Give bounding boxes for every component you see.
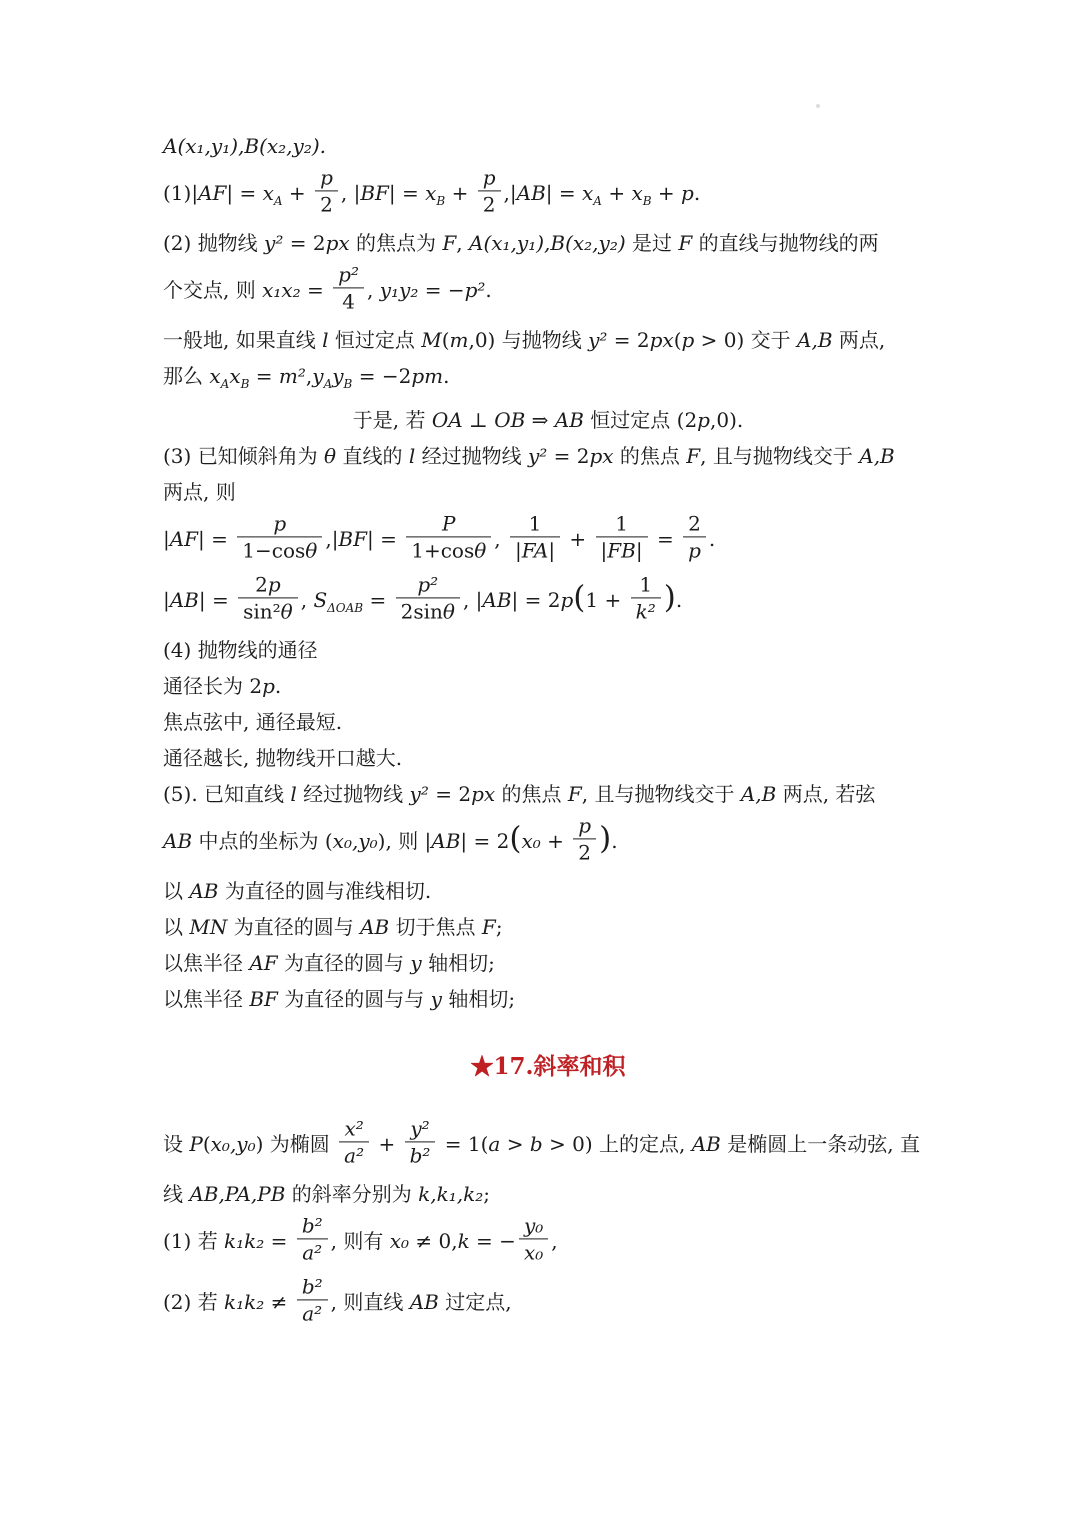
math-run: ,: [456, 231, 469, 255]
big-parenthesis: (: [573, 585, 585, 611]
math-run: +: [563, 527, 592, 551]
text-run: 若: [198, 1229, 224, 1253]
math-run: > 0): [694, 328, 744, 352]
math-run: (: [325, 829, 333, 853]
math-run: |AB|: [476, 588, 519, 612]
text-run: 过定点,: [439, 1290, 512, 1314]
text-run: 以焦半径: [163, 951, 249, 975]
math-run: k₁k₂: [224, 1290, 264, 1314]
subscript: A: [593, 194, 602, 208]
fraction-denominator: |FA|: [510, 537, 560, 562]
math-run: =: [553, 181, 582, 205]
text-line: (5). 已知直线 l 经过抛物线 y² = 2px 的焦点 F, 且与抛物线交…: [163, 781, 933, 807]
text-run: 两点, 若弦: [776, 782, 875, 806]
text-line: (4) 抛物线的通径: [163, 637, 933, 663]
text-run: 的焦点: [495, 782, 568, 806]
text-run: 个交点, 则: [163, 278, 262, 302]
math-run: .: [694, 181, 700, 205]
math-run: ,: [494, 527, 507, 551]
subscript: A: [324, 377, 333, 391]
math-run: ,0).: [710, 408, 743, 432]
text-run: 上的定点,: [593, 1132, 692, 1156]
math-run: |AB|: [510, 181, 553, 205]
math-run: A,B: [859, 444, 895, 468]
math-run: 1: [529, 511, 542, 535]
math-run: 2: [255, 572, 268, 596]
fraction-denominator: 2: [315, 191, 338, 216]
math-run: 2: [320, 192, 333, 216]
fraction: p2: [478, 165, 501, 216]
math-run: 2: [688, 511, 701, 535]
subscript: A: [274, 194, 283, 208]
math-run: p: [688, 538, 701, 562]
math-run: =: [651, 527, 680, 551]
math-run: y: [410, 951, 421, 975]
math-run: a²: [302, 1301, 322, 1325]
math-run: = 2: [429, 782, 471, 806]
math-run: p: [697, 408, 710, 432]
page-artifact-dot: [816, 104, 820, 108]
math-run: +: [602, 181, 631, 205]
math-run: (1): [163, 181, 191, 205]
math-run: .: [443, 364, 449, 388]
math-run: =: [205, 527, 234, 551]
math-run: k²: [636, 599, 656, 623]
fraction: p2: [315, 165, 338, 216]
text-run: 为直径的圆与: [278, 951, 411, 975]
text-line: (2) 若 k₁k₂ ≠ b²a², 则直线 AB 过定点,: [163, 1278, 933, 1329]
math-run: (5).: [163, 782, 204, 806]
math-run: = 2: [283, 231, 325, 255]
math-run: b²: [410, 1143, 431, 1167]
math-run: sin²: [243, 599, 281, 623]
math-run: .: [611, 829, 617, 853]
fraction: p2: [573, 813, 596, 864]
text-run: 中点的坐标为: [192, 829, 325, 853]
math-run: 1 +: [585, 588, 627, 612]
fraction-numerator: p: [237, 511, 322, 537]
math-run: MN: [189, 915, 227, 939]
fraction-numerator: P: [406, 511, 491, 537]
math-run: A,B: [741, 782, 777, 806]
math-run: x: [425, 181, 436, 205]
math-run: x₀,y₀: [211, 1132, 256, 1156]
math-run: x²: [344, 1116, 363, 1140]
math-run: x: [631, 181, 642, 205]
fraction-denominator: a²: [297, 1239, 328, 1264]
math-run: m: [450, 328, 469, 352]
math-run: p²: [338, 262, 359, 286]
text-line: |AF| = p1−cosθ,|BF| = P1+cosθ, 1|FA| + 1…: [163, 515, 933, 566]
math-run: p: [578, 813, 591, 837]
math-run: = 1(: [438, 1132, 488, 1156]
math-run: = −2: [352, 364, 411, 388]
text-run: 焦点弦中, 通径最短.: [163, 710, 342, 734]
text-line: 以焦半径 BF 为直径的圆与与 y 轴相切;: [163, 986, 933, 1012]
math-run: (1): [163, 1229, 198, 1253]
math-run: ,: [341, 181, 354, 205]
math-run: 2sin: [401, 599, 443, 623]
math-run: p: [273, 511, 286, 535]
text-line: 线 AB,PA,PB 的斜率分别为 k,k₁,k₂;: [163, 1181, 933, 1207]
text-run: 一般地, 如果直线: [163, 328, 322, 352]
math-run: AB: [163, 829, 192, 853]
math-run: px: [589, 444, 613, 468]
math-run: y²: [264, 231, 283, 255]
math-run: A(x₁,y₁),B(x₂,y₂).: [163, 134, 326, 158]
math-run: 1: [639, 572, 652, 596]
big-parenthesis: ): [664, 585, 676, 611]
math-run: = −: [470, 1229, 516, 1253]
fraction: b²a²: [297, 1274, 328, 1325]
math-run: ,: [551, 1229, 557, 1253]
math-run: x: [229, 364, 240, 388]
fraction-numerator: b²: [297, 1213, 328, 1239]
math-run: =: [301, 278, 330, 302]
text-line: AB 中点的坐标为 (x₀,y₀), 则 |AB| = 2(x₀ + p2).: [163, 817, 933, 868]
text-run: 交于: [744, 328, 797, 352]
text-run: 已知倾斜角为: [198, 444, 324, 468]
math-run: (2: [677, 408, 698, 432]
text-line: 以焦半径 AF 为直径的圆与 y 轴相切;: [163, 950, 933, 976]
fraction: p²2sinθ: [396, 572, 460, 623]
math-run: θ: [305, 538, 317, 562]
math-run: ,: [367, 278, 380, 302]
fraction: x²a²: [339, 1116, 369, 1167]
math-run: (: [203, 1132, 211, 1156]
math-run: .: [676, 588, 682, 612]
math-run: A(x₁,y₁),B(x₂,y₂): [469, 231, 626, 255]
math-run: ,: [331, 1229, 344, 1253]
subscript: B: [436, 194, 445, 208]
math-run: S: [313, 588, 327, 612]
fraction-denominator: 1−cosθ: [237, 537, 322, 562]
math-run: y²: [588, 328, 607, 352]
centered-formula-line: 于是, 若 OA ⊥ OB ⇒ AB 恒过定点 (2p,0).: [163, 407, 933, 433]
text-run: 抛物线的通径: [198, 638, 318, 662]
math-run: AB: [360, 915, 389, 939]
text-run: 设: [163, 1132, 189, 1156]
big-parenthesis: (: [509, 826, 521, 852]
math-run: (2): [163, 1290, 198, 1314]
math-run: ,: [700, 444, 713, 468]
fraction-numerator: 2p: [238, 572, 298, 598]
math-run: a²: [302, 1240, 322, 1264]
math-run: =: [206, 588, 235, 612]
text-run: 则直线: [343, 1290, 409, 1314]
math-run: ⇒: [525, 408, 554, 432]
math-run: 2: [578, 840, 591, 864]
math-run: x: [209, 364, 220, 388]
text-run: 两点, 则: [163, 480, 236, 504]
text-run: 两点,: [833, 328, 886, 352]
math-run: p: [483, 165, 496, 189]
math-run: a²: [344, 1143, 364, 1167]
math-run: ,0): [468, 328, 495, 352]
math-run: = 2: [547, 444, 589, 468]
subscript: ΔOAB: [327, 601, 363, 615]
math-run: k,k₁,k₂: [418, 1182, 483, 1206]
text-line: A(x₁,y₁),B(x₂,y₂).: [163, 133, 933, 159]
math-run: b²: [302, 1274, 323, 1298]
fraction-numerator: y²: [405, 1116, 436, 1142]
text-run: 为椭圆: [270, 1132, 336, 1156]
fraction: 1|FA|: [510, 511, 560, 562]
fraction-numerator: p: [478, 165, 501, 191]
text-run: 是椭圆上一条动弦, 直: [721, 1132, 920, 1156]
text-run: 经过抛物线: [297, 782, 410, 806]
math-run: x₁x₂: [262, 278, 301, 302]
math-run: b²: [302, 1213, 323, 1237]
math-run: A,B: [797, 328, 833, 352]
text-run: 则有: [343, 1229, 389, 1253]
fraction-denominator: a²: [297, 1300, 328, 1325]
text-line: 那么 xAxB = m²,yAyB = −2pm.: [163, 363, 933, 397]
text-run: 抛物线: [198, 231, 264, 255]
math-run: pm: [411, 364, 443, 388]
math-run: =: [396, 181, 425, 205]
fraction-numerator: x²: [339, 1116, 369, 1142]
document-content: A(x₁,y₁),B(x₂,y₂).(1)|AF| = xA + p2, |BF…: [163, 133, 933, 1339]
fraction-numerator: 1: [596, 511, 648, 537]
math-run: 1+cos: [411, 538, 474, 562]
math-run: BF: [249, 987, 278, 1011]
math-run: ,: [582, 782, 595, 806]
math-run: x: [582, 181, 593, 205]
text-run: 以: [163, 879, 189, 903]
math-run: =: [264, 1229, 293, 1253]
text-run: 已知直线: [204, 782, 290, 806]
math-run: +: [445, 181, 474, 205]
math-run: ;: [483, 1182, 490, 1206]
text-run: 的焦点: [614, 444, 687, 468]
document-page: A(x₁,y₁),B(x₂,y₂).(1)|AF| = xA + p2, |BF…: [0, 0, 1080, 1527]
fraction-denominator: b²: [405, 1142, 436, 1167]
text-line: 通径越长, 抛物线开口越大.: [163, 745, 933, 771]
math-run: p: [262, 674, 275, 698]
math-run: θ: [324, 444, 336, 468]
text-line: 通径长为 2p.: [163, 673, 933, 699]
math-run: |BF|: [354, 181, 396, 205]
text-run: 恒过定点: [328, 328, 421, 352]
math-run: θ: [443, 599, 455, 623]
text-run: 通径越长, 抛物线开口越大.: [163, 746, 402, 770]
math-run: F: [482, 915, 496, 939]
math-run: = 2: [467, 829, 509, 853]
math-run: =: [249, 364, 278, 388]
math-run: .: [275, 674, 281, 698]
text-run: 恒过定点: [584, 408, 677, 432]
math-run: p: [268, 572, 281, 596]
math-run: 1: [615, 511, 628, 535]
math-run: ),: [378, 829, 399, 853]
math-run: (4): [163, 638, 198, 662]
text-run: 那么: [163, 364, 209, 388]
fraction-denominator: 2sinθ: [396, 598, 460, 623]
math-run: P: [189, 1132, 202, 1156]
fraction-denominator: |FB|: [596, 537, 648, 562]
text-run: ★17.斜率和积: [470, 1053, 625, 1080]
fraction-numerator: 1: [510, 511, 560, 537]
fraction-denominator: sin²θ: [238, 598, 298, 623]
math-run: y²: [410, 782, 429, 806]
math-run: ≠: [264, 1290, 293, 1314]
fraction-denominator: a²: [339, 1142, 369, 1167]
math-run: M: [421, 328, 441, 352]
text-run: 若: [198, 1290, 224, 1314]
math-run: x₀: [524, 1240, 543, 1264]
math-run: b: [530, 1132, 543, 1156]
fraction-numerator: 2: [683, 511, 706, 537]
math-run: p²: [417, 572, 438, 596]
text-run: 经过抛物线: [415, 444, 528, 468]
math-run: |AB|: [163, 588, 206, 612]
math-run: y²: [528, 444, 547, 468]
text-run: 线: [163, 1182, 189, 1206]
math-run: AF: [249, 951, 277, 975]
math-run: AB: [692, 1132, 721, 1156]
text-run: 切于焦点: [389, 915, 482, 939]
fraction: 1|FB|: [596, 511, 648, 562]
math-run: |FB|: [601, 538, 643, 562]
fraction-denominator: 2: [573, 839, 596, 864]
fraction-numerator: 1: [631, 572, 661, 598]
math-run: AB: [189, 879, 218, 903]
math-run: ≠ 0,: [409, 1229, 458, 1253]
text-line: (2) 抛物线 y² = 2px 的焦点为 F, A(x₁,y₁),B(x₂,y…: [163, 230, 933, 256]
text-line: (1) 若 k₁k₂ = b²a², 则有 x₀ ≠ 0,k = −y₀x₀,: [163, 1217, 933, 1268]
math-run: F: [678, 231, 692, 255]
math-run: >: [500, 1132, 529, 1156]
math-run: ,: [301, 588, 314, 612]
math-run: (: [442, 328, 450, 352]
math-run: p²: [465, 278, 486, 302]
text-run: 与抛物线: [495, 328, 588, 352]
text-run: 直线的: [336, 444, 409, 468]
math-run: p: [682, 328, 695, 352]
math-run: 4: [342, 289, 355, 313]
math-run: = 2: [518, 588, 560, 612]
math-run: .: [485, 278, 491, 302]
text-run: 则: [398, 829, 424, 853]
math-run: =: [233, 181, 262, 205]
text-run: 以: [163, 915, 189, 939]
math-run: y₁y₂: [380, 278, 419, 302]
text-line: 一般地, 如果直线 l 恒过定点 M(m,0) 与抛物线 y² = 2px(p …: [163, 327, 933, 353]
math-run: k: [458, 1229, 470, 1253]
math-run: y: [312, 364, 323, 388]
text-line: 两点, 则: [163, 479, 933, 505]
math-run: y: [332, 364, 343, 388]
math-run: θ: [474, 538, 486, 562]
text-run: 的直线与抛物线的两: [692, 231, 878, 255]
math-run: AB,PA,PB: [189, 1182, 285, 1206]
fraction-denominator: 4: [333, 288, 364, 313]
math-run: |BF|: [332, 527, 374, 551]
math-run: ): [256, 1132, 270, 1156]
math-run: F: [568, 782, 582, 806]
math-run: 2: [483, 192, 496, 216]
math-run: AB: [555, 408, 584, 432]
math-run: θ: [281, 599, 293, 623]
math-run: +: [541, 829, 570, 853]
math-run: ;: [496, 915, 503, 939]
math-run: |AB|: [425, 829, 468, 853]
fraction: P1+cosθ: [406, 511, 491, 562]
fraction-denominator: 1+cosθ: [406, 537, 491, 562]
text-run: 轴相切;: [442, 987, 515, 1011]
fraction-denominator: 2: [478, 191, 501, 216]
math-run: px: [650, 328, 674, 352]
fraction-denominator: x₀: [519, 1239, 548, 1264]
text-line: 焦点弦中, 通径最短.: [163, 709, 933, 735]
text-run: 为直径的圆与准线相切.: [219, 879, 432, 903]
text-line: (3) 已知倾斜角为 θ 直线的 l 经过抛物线 y² = 2px 的焦点 F,…: [163, 443, 933, 469]
math-run: ,: [463, 588, 476, 612]
math-run: px: [471, 782, 495, 806]
text-run: 为直径的圆与: [227, 915, 360, 939]
text-line: 以 MN 为直径的圆与 AB 切于焦点 F;: [163, 914, 933, 940]
math-run: P: [442, 511, 455, 535]
math-run: (: [674, 328, 682, 352]
text-line: 个交点, 则 x₁x₂ = p²4, y₁y₂ = −p².: [163, 266, 933, 317]
text-run: 为直径的圆与与: [278, 987, 431, 1011]
section-heading: ★17.斜率和积: [163, 1054, 933, 1080]
text-line: 以 AB 为直径的圆与准线相切.: [163, 878, 933, 904]
math-run: =: [363, 588, 392, 612]
math-run: .: [709, 527, 715, 551]
math-run: ⊥: [463, 408, 495, 432]
fraction-numerator: b²: [297, 1274, 328, 1300]
math-run: ,: [331, 1290, 344, 1314]
math-run: y²: [410, 1116, 429, 1140]
fraction: y₀x₀: [519, 1213, 548, 1264]
fraction-denominator: k²: [631, 598, 661, 623]
text-line: 设 P(x₀,y₀) 为椭圆 x²a² + y²b² = 1(a > b > 0…: [163, 1120, 933, 1171]
math-run: x₀: [390, 1229, 409, 1253]
math-run: F: [686, 444, 700, 468]
math-run: +: [372, 1132, 401, 1156]
math-run: x: [263, 181, 274, 205]
text-run: 的斜率分别为: [285, 1182, 418, 1206]
fraction: 2psin²θ: [238, 572, 298, 623]
subscript: B: [643, 194, 652, 208]
math-run: px: [326, 231, 350, 255]
fraction-denominator: p: [683, 537, 706, 562]
math-run: y: [431, 987, 442, 1011]
text-run: 是过: [626, 231, 679, 255]
text-run: 的焦点为: [350, 231, 443, 255]
fraction-numerator: y₀: [519, 1213, 548, 1239]
fraction-numerator: p²: [396, 572, 460, 598]
math-run: x₀,y₀: [333, 829, 378, 853]
math-run: +: [283, 181, 312, 205]
fraction-numerator: p: [573, 813, 596, 839]
fraction: p1−cosθ: [237, 511, 322, 562]
math-run: x₀: [521, 829, 540, 853]
math-run: y₀: [524, 1213, 543, 1237]
fraction: y²b²: [405, 1116, 436, 1167]
math-run: k₁k₂: [224, 1229, 264, 1253]
math-run: a: [488, 1132, 500, 1156]
math-run: p: [560, 588, 573, 612]
math-run: |AF|: [191, 181, 233, 205]
fraction: 2p: [683, 511, 706, 562]
math-run: OB: [494, 408, 525, 432]
math-run: p: [320, 165, 333, 189]
fraction: p²4: [333, 262, 364, 313]
math-run: |FA|: [515, 538, 555, 562]
